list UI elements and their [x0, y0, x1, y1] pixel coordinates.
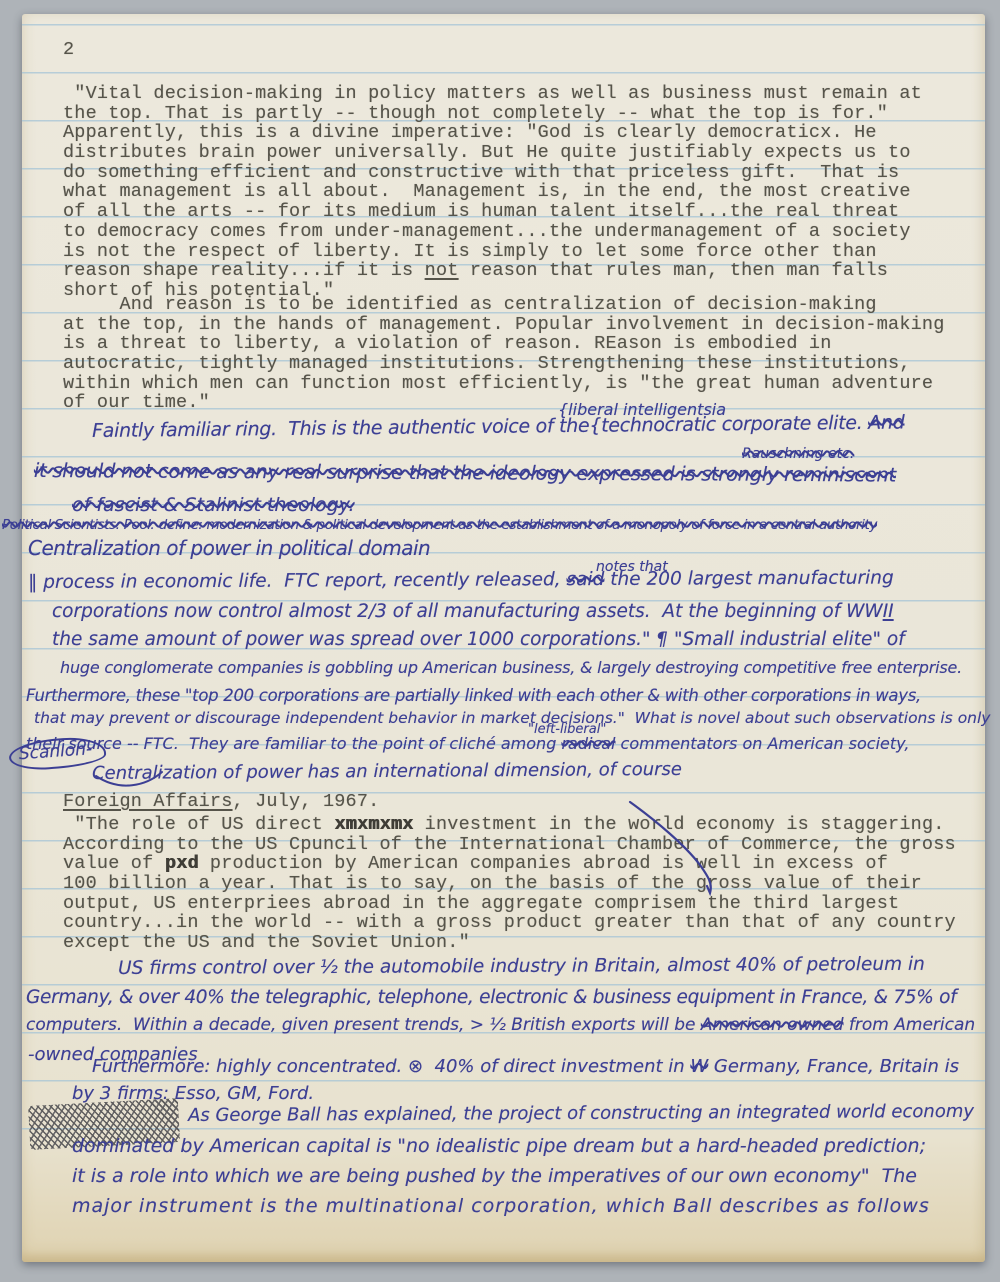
typed-line: Foreign Affairs, July, 1967.: [63, 792, 379, 812]
typed-line: of all the arts -- for its medium is hum…: [63, 202, 922, 222]
typed-line: of our time.": [63, 393, 945, 413]
note-us-firms-line2: Germany, & over 40% the telegraphic, tel…: [26, 989, 956, 1008]
typed-line: at the top, in the hands of management. …: [63, 315, 945, 335]
scan-background: 2 "Vital decision-making in policy matte…: [0, 0, 1000, 1282]
note-ftc-line1: ‖ process in economic life. FTC report, …: [28, 569, 894, 592]
note-furthermore-concentrated: Furthermore: highly concentrated. ⊗ 40% …: [92, 1058, 959, 1076]
note-no-surprise-struck: it should not come as any real surprise …: [34, 461, 896, 485]
typed-line: reason shape reality...if it is not reas…: [63, 261, 922, 281]
insert-liberal-intelligentsia: {liberal intelligentsia: [558, 402, 726, 418]
note-ftc-line5: Furthermore, these "top 200 corporations…: [26, 688, 921, 705]
note-three-firms: by 3 firms: Esso, GM, Ford.: [72, 1085, 314, 1103]
note-us-firms-line1: US firms control over ½ the automobile i…: [118, 956, 925, 979]
typed-paragraph-us-investment: "The role of US direct xmxmxmx investmen…: [63, 815, 956, 953]
note-ball-line4: major instrument is the multinational co…: [72, 1197, 930, 1216]
typed-line: country...in the world -- with a gross p…: [63, 913, 956, 933]
typed-line: 100 billion a year. That is to say, on t…: [63, 874, 956, 894]
note-ball-line1: As George Ball has explained, the projec…: [188, 1103, 974, 1125]
typed-line: what management is all about. Management…: [63, 182, 922, 202]
typed-line: Apparently, this is a divine imperative:…: [63, 123, 922, 143]
typed-line: "The role of US direct xmxmxmx investmen…: [63, 815, 956, 835]
note-ftc-line3: the same amount of power was spread over…: [52, 631, 905, 650]
typed-paragraph-and-reason: And reason is to be identified as centra…: [63, 295, 945, 413]
note-ftc-line4: huge conglomerate companies is gobbling …: [60, 660, 962, 676]
typed-heading-foreign-affairs: Foreign Affairs, July, 1967.: [63, 792, 379, 812]
insert-rauschning-struck: Rauschning etc.: [742, 447, 854, 461]
typed-line: "Vital decision-making in policy matters…: [63, 84, 922, 104]
typed-line: within which men can function most effic…: [63, 374, 945, 394]
typed-line: According to the US Cpuncil of the Inter…: [63, 835, 956, 855]
insert-notes-that: notes that: [596, 560, 668, 574]
typed-line: distributes brain power universally. But…: [63, 143, 922, 163]
note-centralization-political-domain: Centralization of power in political dom…: [28, 538, 430, 558]
typed-line: the top. That is partly -- though not co…: [63, 104, 922, 124]
typed-line: do something efficient and constructive …: [63, 163, 922, 183]
note-ftc-line2: corporations now control almost 2/3 of a…: [52, 603, 894, 622]
note-political-scientists-struck: Political Scientists: Pool: define: mode…: [2, 519, 877, 533]
note-ftc-line6: that may prevent or discourage independe…: [34, 711, 990, 727]
typed-line: autocratic, tightly managed institutions…: [63, 354, 945, 374]
note-us-firms-line3: computers. Within a decade, given presen…: [26, 1017, 975, 1034]
typed-paragraph-vital-decision: "Vital decision-making in policy matters…: [63, 84, 922, 301]
page-number: 2: [63, 40, 74, 60]
typed-line: value of pxd production by American comp…: [63, 854, 956, 874]
typed-line: And reason is to be identified as centra…: [63, 295, 945, 315]
note-ball-line2: dominated by American capital is "no ide…: [72, 1137, 926, 1156]
note-fascist-stalinist-struck: of fascist & Stalinist theology.: [72, 496, 355, 515]
typed-line: to democracy comes from under-management…: [63, 222, 922, 242]
note-ball-line3: it is a role into which we are being pus…: [72, 1167, 917, 1186]
typed-line: is a threat to liberty, a violation of r…: [63, 334, 945, 354]
note-centralization-international: Centralization of power has an internati…: [92, 761, 682, 783]
typed-line: is not the respect of liberty. It is sim…: [63, 242, 922, 262]
typed-line: output, US enterpriees abroad in the agg…: [63, 894, 956, 914]
typed-line: except the US and the Soviet Union.": [63, 933, 956, 953]
note-ftc-line7: their source -- FTC. They are familiar t…: [26, 736, 909, 752]
